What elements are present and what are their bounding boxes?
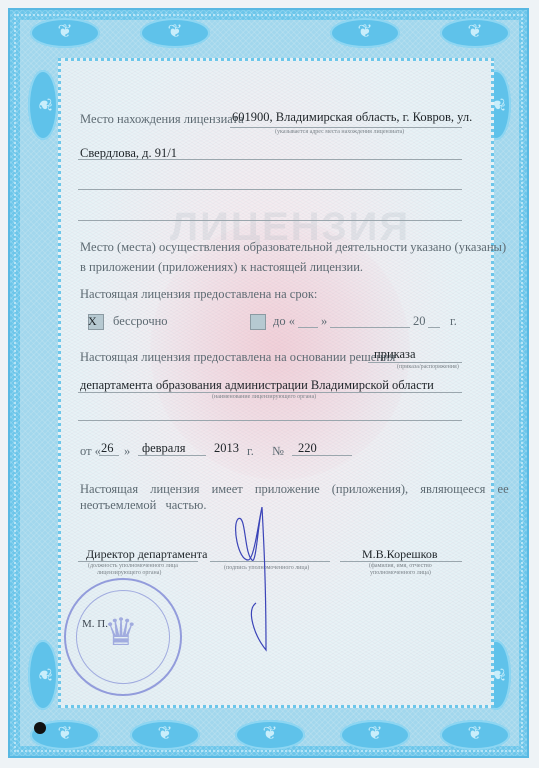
- signer-position-caption: (должность уполномоченного лица: [88, 563, 178, 569]
- basis-underline: [368, 362, 462, 363]
- authority-value: департамента образования администрации В…: [80, 378, 434, 393]
- ornament-icon: [330, 18, 400, 48]
- term-year-line: [428, 327, 440, 328]
- date-year: 2013: [214, 441, 239, 456]
- stamp-place-label: М. П.: [82, 618, 108, 630]
- ornament-icon: [440, 720, 510, 750]
- date-prefix: от «: [80, 444, 101, 459]
- ornament-icon: [130, 720, 200, 750]
- basis-value: приказа: [374, 347, 416, 362]
- signer-position-caption-2: лицензирующего органа): [97, 570, 161, 576]
- term-indefinite-label: бессрочно: [113, 314, 168, 329]
- blank-line: [78, 420, 462, 421]
- term-year-prefix: 20: [413, 314, 426, 329]
- checkbox-x-mark: X: [88, 314, 97, 329]
- ornament-icon: [140, 18, 210, 48]
- date-day: 26: [101, 441, 114, 456]
- authority-underline: [78, 392, 462, 393]
- address-label: Место нахождения лицензиата: [80, 112, 244, 127]
- basis-label: Настоящая лицензия предоставлена на осно…: [80, 350, 395, 365]
- official-stamp: ♛: [64, 578, 182, 696]
- date-day-line: [99, 455, 119, 456]
- date-year-suffix: г.: [247, 444, 254, 459]
- number-sign: №: [272, 444, 284, 459]
- term-year-suffix: г.: [450, 314, 457, 329]
- blank-line: [78, 220, 462, 221]
- ornament-icon: [440, 18, 510, 48]
- term-until-label: до «: [273, 314, 295, 329]
- term-label: Настоящая лицензия предоставлена на срок…: [80, 287, 317, 302]
- signer-position-line: [78, 561, 198, 562]
- basis-caption: (приказа/распоряжения): [397, 364, 459, 370]
- signer-name-caption: (фамилия, имя, отчество: [369, 563, 432, 569]
- coat-of-arms-icon: ♛: [104, 610, 138, 654]
- address-underline: [230, 127, 462, 128]
- ornament-icon: [30, 18, 100, 48]
- number-value: 220: [298, 441, 317, 456]
- license-page: ЛИЦЕНЗИЯ Место нахождения лицензиата 601…: [0, 0, 539, 768]
- ornament-icon: [340, 720, 410, 750]
- signer-name-caption-2: уполномоченного лица): [370, 570, 431, 576]
- number-underline: [292, 455, 352, 456]
- appendix-line1: Настоящая лицензия имеет приложение (при…: [80, 482, 509, 497]
- address-caption: (указывается адрес места нахождения лице…: [275, 129, 404, 135]
- address-line1: 601900, Владимирская область, г. Ковров,…: [232, 110, 472, 125]
- signer-position: Директор департамента: [86, 547, 208, 562]
- activity-place-line2: в приложении (приложениях) к настоящей л…: [80, 260, 363, 275]
- ornament-icon: [28, 640, 58, 710]
- term-month-line: [330, 327, 410, 328]
- blank-line: [78, 189, 462, 190]
- address-underline-2: [78, 159, 462, 160]
- ornament-icon: [28, 70, 58, 140]
- ornament-icon: [235, 720, 305, 750]
- activity-place-line1: Место (места) осуществления образователь…: [80, 240, 506, 255]
- punch-hole: [34, 722, 46, 734]
- appendix-line2: неотъемлемой частью.: [80, 498, 206, 513]
- signer-name-line: [340, 561, 462, 562]
- term-until-close: »: [321, 314, 327, 329]
- signer-name: М.В.Корешков: [362, 547, 438, 562]
- date-month-line: [138, 455, 206, 456]
- term-until-checkbox[interactable]: [250, 314, 266, 330]
- date-month: февраля: [142, 441, 185, 456]
- term-day-line: [298, 327, 318, 328]
- authority-caption: (наименование лицензирующего органа): [212, 394, 316, 400]
- signature: [224, 505, 284, 655]
- date-day-close: »: [124, 444, 130, 459]
